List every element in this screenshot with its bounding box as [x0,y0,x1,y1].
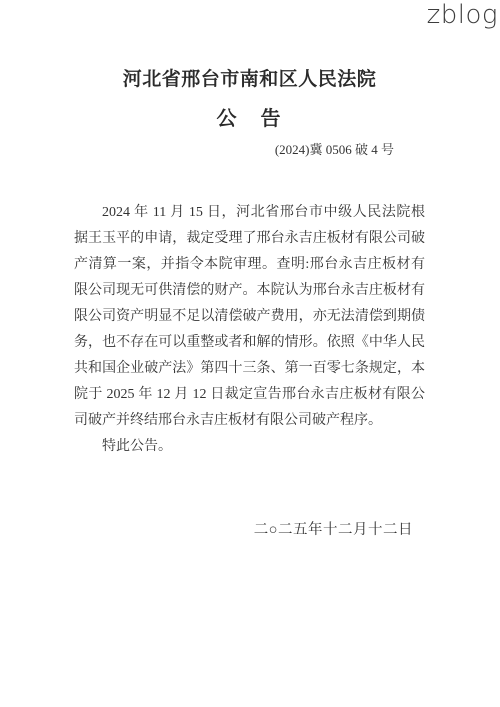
announcement-title: 公 告 [74,105,425,133]
case-number: (2024)冀 0506 破 4 号 [74,141,425,158]
court-title: 河北省邢台市南和区人民法院 [74,66,425,93]
body-paragraph: 2024 年 11 月 15 日，河北省邢台市中级人民法院根据王玉平的申请，裁定… [74,200,425,434]
zblog-watermark: zblog [427,0,498,32]
closing-paragraph: 特此公告。 [74,434,425,460]
date-line: 二○二五年十二月十二日 [74,520,425,540]
document-page: zblog 河北省邢台市南和区人民法院 公 告 (2024)冀 0506 破 4… [0,0,500,707]
document-content: 河北省邢台市南和区人民法院 公 告 (2024)冀 0506 破 4 号 202… [74,0,425,540]
